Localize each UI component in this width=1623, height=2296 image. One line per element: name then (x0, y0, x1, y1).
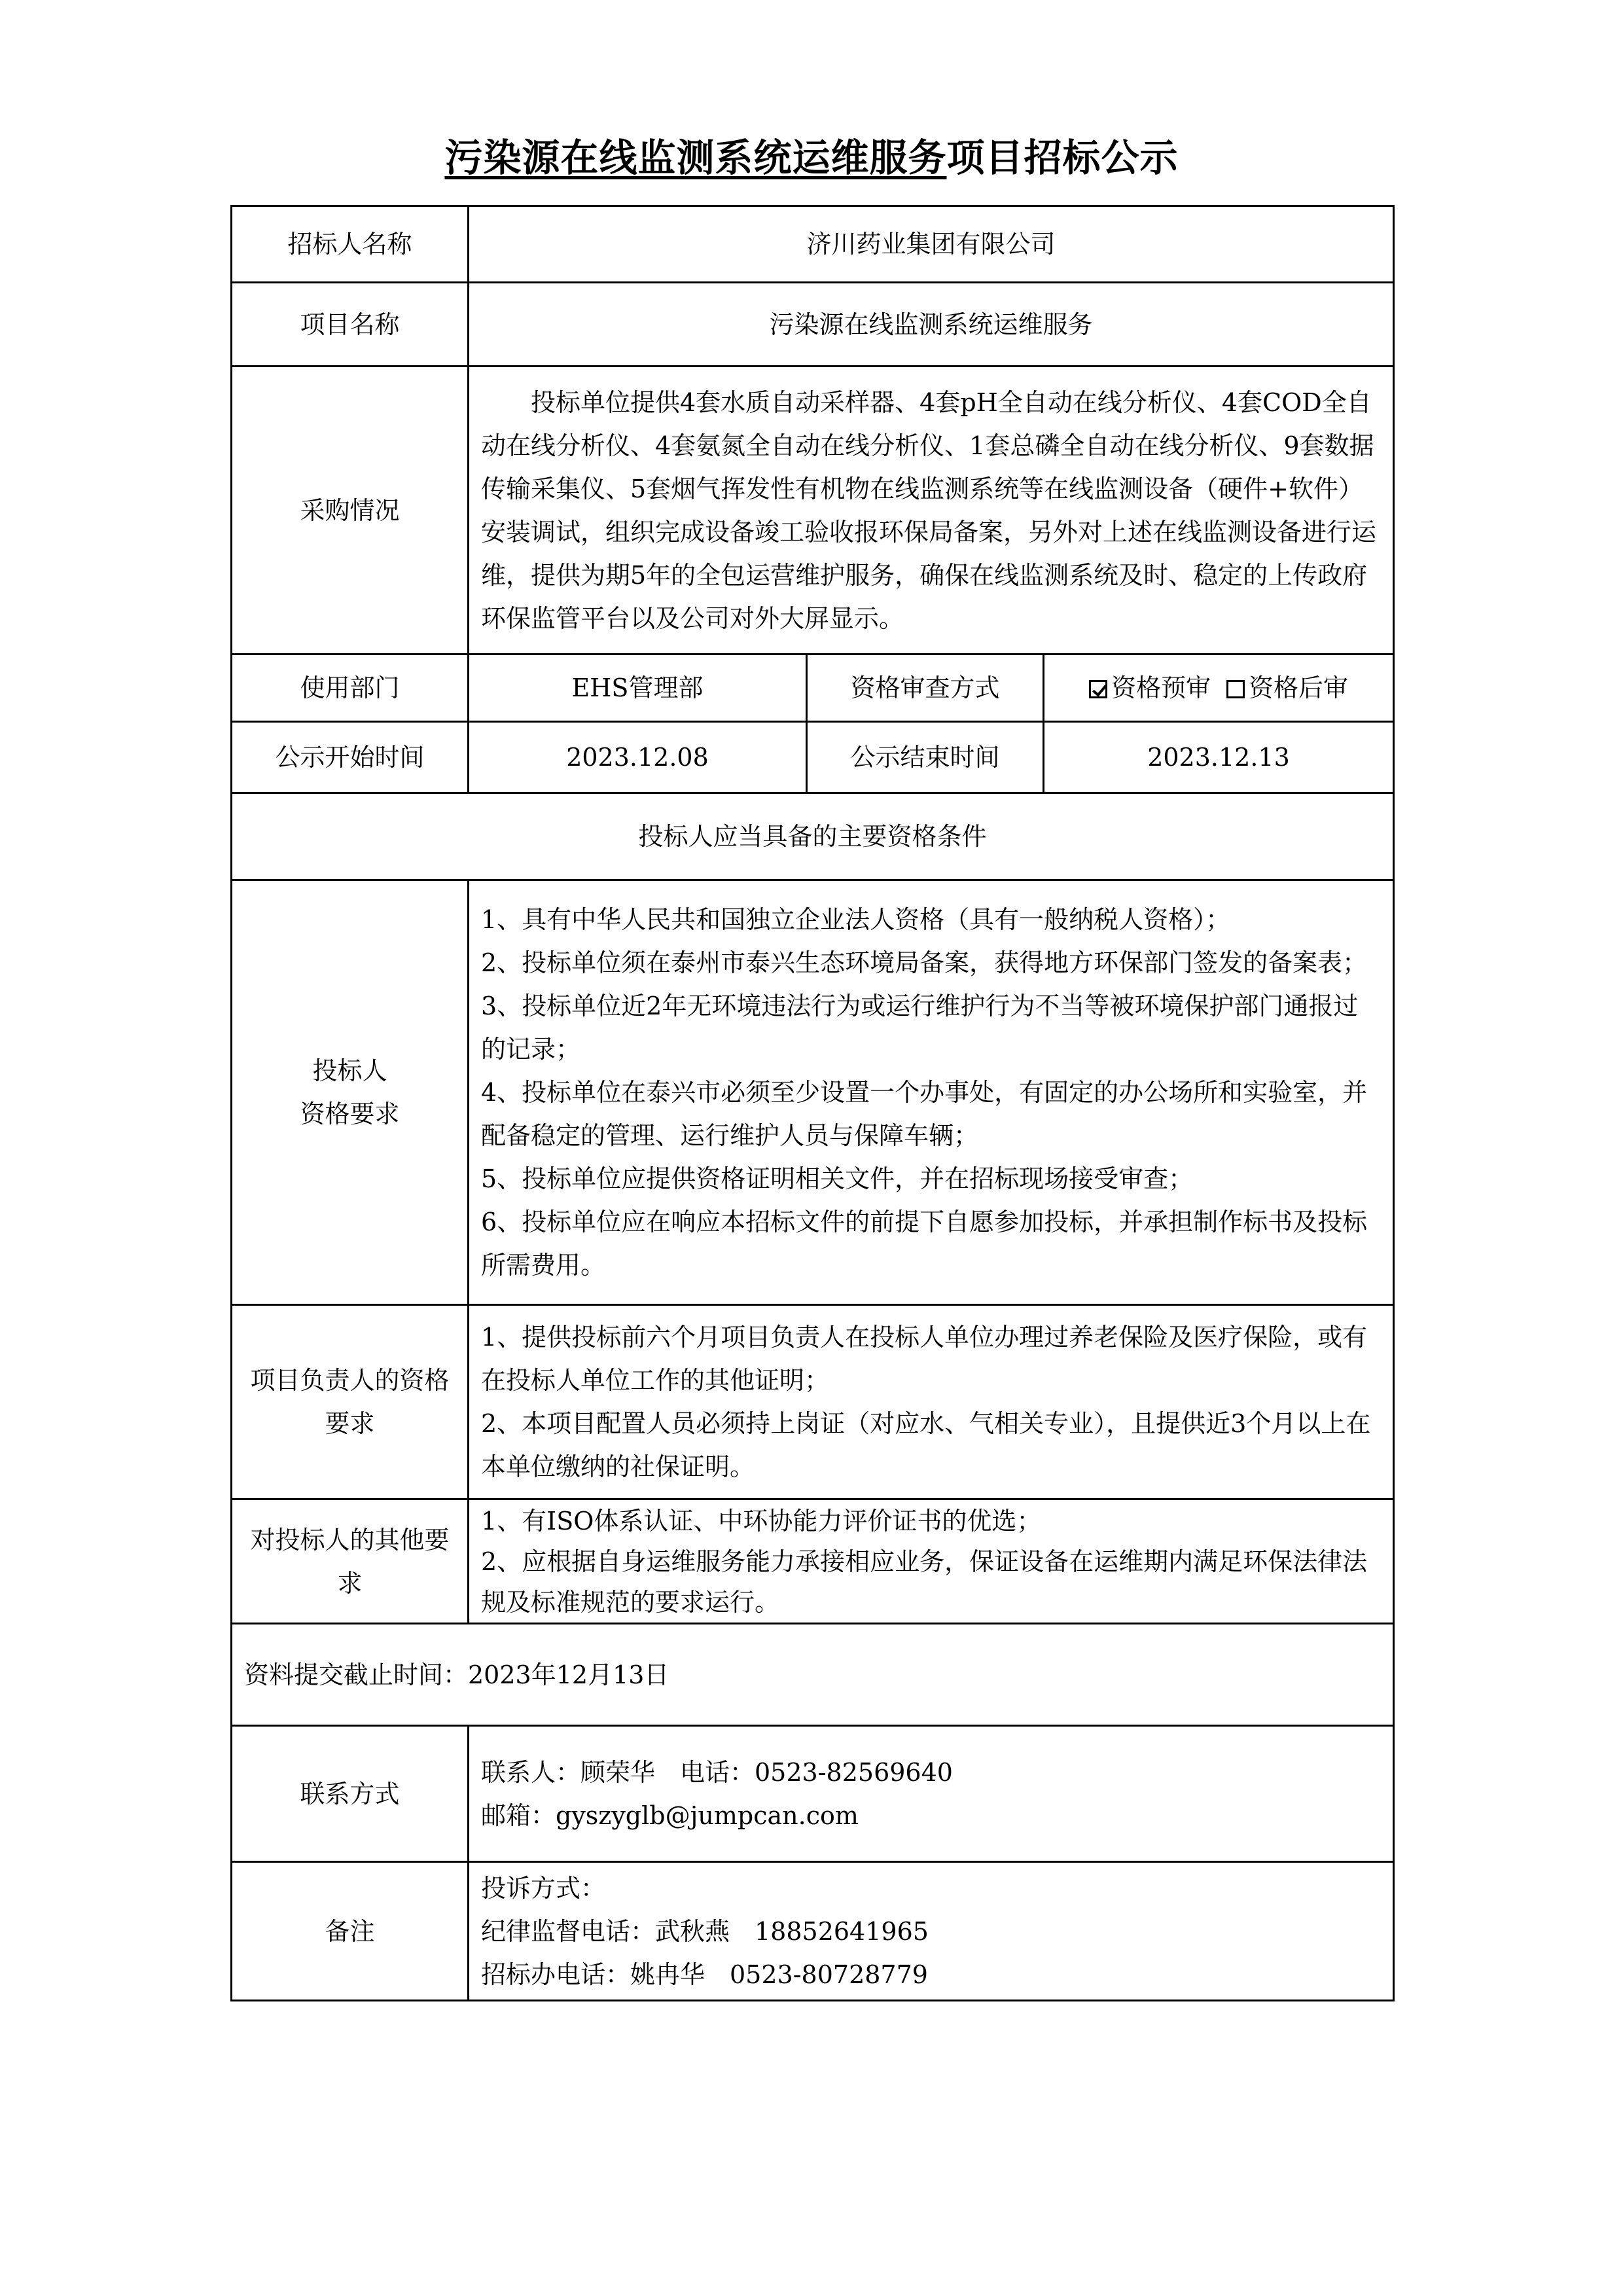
list-item: 4、投标单位在泰兴市必须至少设置一个办事处，有固定的办公场所和实验室，并配备稳定… (481, 1071, 1381, 1157)
document-title-project: 污染源在线监测系统运维服务 (444, 135, 946, 180)
complaint-heading: 投诉方式： (481, 1867, 1381, 1910)
option-postqualification[interactable]: 资格后审 (1226, 673, 1348, 702)
remarks-details: 投诉方式： 纪律监督电话：武秋燕 18852641965 招标办电话：姚冉华 0… (469, 1862, 1394, 2001)
tenderer-value: 济川药业集团有限公司 (469, 206, 1394, 283)
start-date-value: 2023.12.08 (469, 722, 807, 793)
project-value: 污染源在线监测系统运维服务 (469, 283, 1394, 367)
review-method-options: 资格预审资格后审 (1044, 655, 1394, 722)
row-project-lead: 项目负责人的资格要求 1、提供投标前六个月项目负责人在投标人单位办理过养老保险及… (232, 1305, 1394, 1499)
option-prequalification[interactable]: 资格预审 (1089, 673, 1211, 702)
bidder-qualification-label-line1: 投标人 (244, 1049, 455, 1092)
project-label: 项目名称 (232, 283, 469, 367)
row-contact: 联系方式 联系人：顾荣华 电话：0523-82569640 邮箱：gyszygl… (232, 1726, 1394, 1862)
document-title: 污染源在线监测系统运维服务项目招标公示 (0, 128, 1623, 187)
option-prequalification-label: 资格预审 (1111, 673, 1211, 702)
bidder-qualification-label-line2: 资格要求 (244, 1092, 455, 1136)
row-bidder-qualification: 投标人 资格要求 1、具有中华人民共和国独立企业法人资格（具有一般纳税人资格）；… (232, 880, 1394, 1305)
option-postqualification-label: 资格后审 (1249, 673, 1348, 702)
row-other-requirements: 对投标人的其他要求 1、有ISO体系认证、中环协能力评价证书的优选； 2、应根据… (232, 1499, 1394, 1624)
list-item: 6、投标单位应在响应本招标文件的前提下自愿参加投标，并承担制作标书及投标所需费用… (481, 1200, 1381, 1287)
remarks-label: 备注 (232, 1862, 469, 2001)
row-department: 使用部门 EHS管理部 资格审查方式 资格预审资格后审 (232, 655, 1394, 722)
list-item: 2、投标单位须在泰州市泰兴生态环境局备案，获得地方环保部门签发的备案表； (481, 941, 1381, 984)
qualification-section-header: 投标人应当具备的主要资格条件 (232, 793, 1394, 880)
checkbox-checked-icon[interactable] (1089, 680, 1107, 698)
row-remarks: 备注 投诉方式： 纪律监督电话：武秋燕 18852641965 招标办电话：姚冉… (232, 1862, 1394, 2001)
list-item: 5、投标单位应提供资格证明相关文件，并在招标现场接受审查； (481, 1157, 1381, 1200)
list-item: 1、有ISO体系认证、中环协能力评价证书的优选； (481, 1501, 1381, 1541)
tender-announcement-table: 招标人名称 济川药业集团有限公司 项目名称 污染源在线监测系统运维服务 采购情况… (230, 205, 1395, 2001)
list-item: 1、提供投标前六个月项目负责人在投标人单位办理过养老保险及医疗保险，或有在投标人… (481, 1316, 1381, 1402)
row-dates: 公示开始时间 2023.12.08 公示结束时间 2023.12.13 (232, 722, 1394, 793)
tender-office-phone: 招标办电话：姚冉华 0523-80728779 (481, 1953, 1381, 1996)
review-method-label: 资格审查方式 (807, 655, 1044, 722)
end-date-label: 公示结束时间 (807, 722, 1044, 793)
row-project: 项目名称 污染源在线监测系统运维服务 (232, 283, 1394, 367)
checkbox-unchecked-icon[interactable] (1226, 680, 1245, 698)
row-procurement: 采购情况 投标单位提供4套水质自动采样器、4套pH全自动在线分析仪、4套COD全… (232, 367, 1394, 655)
row-tenderer: 招标人名称 济川药业集团有限公司 (232, 206, 1394, 283)
other-requirements-label: 对投标人的其他要求 (232, 1499, 469, 1624)
project-lead-list: 1、提供投标前六个月项目负责人在投标人单位办理过养老保险及医疗保险，或有在投标人… (469, 1305, 1394, 1499)
end-date-value: 2023.12.13 (1044, 722, 1394, 793)
department-value: EHS管理部 (469, 655, 807, 722)
department-label: 使用部门 (232, 655, 469, 722)
row-section-header: 投标人应当具备的主要资格条件 (232, 793, 1394, 880)
discipline-phone: 纪律监督电话：武秋燕 18852641965 (481, 1910, 1381, 1953)
list-item: 2、本项目配置人员必须持上岗证（对应水、气相关专业），且提供近3个月以上在本单位… (481, 1402, 1381, 1488)
bidder-qualification-list: 1、具有中华人民共和国独立企业法人资格（具有一般纳税人资格）； 2、投标单位须在… (469, 880, 1394, 1305)
tenderer-label: 招标人名称 (232, 206, 469, 283)
contact-label: 联系方式 (232, 1726, 469, 1862)
contact-details: 联系人：顾荣华 电话：0523-82569640 邮箱：gyszyglb@jum… (469, 1726, 1394, 1862)
start-date-label: 公示开始时间 (232, 722, 469, 793)
procurement-text: 投标单位提供4套水质自动采样器、4套pH全自动在线分析仪、4套COD全自动在线分… (469, 367, 1394, 655)
contact-email[interactable]: 邮箱：gyszyglb@jumpcan.com (481, 1794, 1381, 1837)
bidder-qualification-label: 投标人 资格要求 (232, 880, 469, 1305)
project-lead-label: 项目负责人的资格要求 (232, 1305, 469, 1499)
submission-deadline: 资料提交截止时间：2023年12月13日 (232, 1624, 1394, 1726)
document-title-suffix: 项目招标公示 (947, 135, 1179, 180)
list-item: 1、具有中华人民共和国独立企业法人资格（具有一般纳税人资格）； (481, 898, 1381, 941)
procurement-label: 采购情况 (232, 367, 469, 655)
list-item: 2、应根据自身运维服务能力承接相应业务，保证设备在运维期内满足环保法律法规及标准… (481, 1541, 1381, 1623)
contact-person-phone: 联系人：顾荣华 电话：0523-82569640 (481, 1751, 1381, 1794)
list-item: 3、投标单位近2年无环境违法行为或运行维护行为不当等被环境保护部门通报过的记录； (481, 984, 1381, 1071)
row-deadline: 资料提交截止时间：2023年12月13日 (232, 1624, 1394, 1726)
other-requirements-list: 1、有ISO体系认证、中环协能力评价证书的优选； 2、应根据自身运维服务能力承接… (469, 1499, 1394, 1624)
